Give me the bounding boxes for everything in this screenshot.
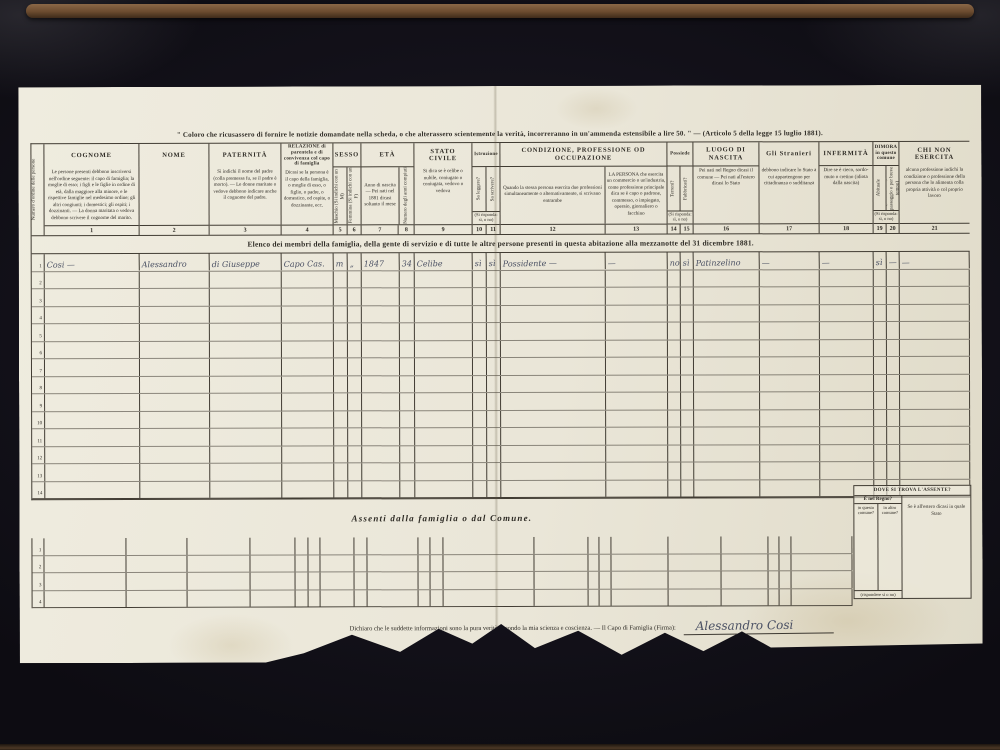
cell-leggere [418, 537, 431, 554]
cell-chi [900, 409, 970, 426]
cell-scrivere [487, 288, 501, 305]
cell-relazione [282, 481, 334, 498]
infermita-num: 18 [820, 223, 873, 233]
cell-leggere [473, 393, 487, 410]
cell-anno [321, 555, 354, 572]
istruzione-nota: (Si risponda: sì, o no) [473, 211, 500, 224]
cell-anni [400, 341, 415, 358]
cell-stato [415, 411, 473, 428]
cell-infermita: — [820, 252, 874, 269]
nome-desc [139, 168, 208, 225]
penalty-note: " Coloro che ricusassero di fornire le n… [32, 129, 967, 139]
paternita-num: 3 [210, 225, 281, 235]
cell-leggere [473, 463, 487, 480]
paternita-title: PATERNITÀ [209, 144, 280, 168]
cell-cond13 [606, 358, 668, 375]
cell-cond13 [606, 410, 668, 427]
cell-terreni [668, 445, 681, 462]
cell-chi [900, 357, 970, 374]
cell-cond13 [606, 463, 668, 480]
cell-dim_ab [874, 322, 887, 339]
cell-anno [362, 271, 400, 288]
cell-anno [362, 463, 400, 480]
cell-sesso_m [334, 323, 348, 340]
cell-infermita [721, 589, 768, 606]
cell-chi [900, 462, 970, 479]
cell-sesso_m [296, 590, 309, 607]
cell-cond12 [501, 393, 606, 410]
cell-relazione [282, 463, 334, 480]
cell-paternita [188, 555, 251, 572]
cell-terreni [668, 340, 681, 357]
cell-terreni [668, 358, 681, 375]
row-number: 1 [32, 538, 44, 555]
cell-relazione [282, 446, 334, 463]
cell-nome: Alessandro [140, 253, 210, 270]
cell-scrivere [431, 572, 444, 589]
cell-anni [400, 393, 415, 410]
possiede-num-t: 14 [668, 225, 681, 234]
cell-dim_acc [887, 287, 900, 304]
cell-dim_acc [887, 409, 900, 426]
cell-dim_ab [874, 392, 887, 409]
table-row: 1 [32, 536, 852, 556]
cell-relazione [282, 358, 334, 375]
cell-luogo [612, 589, 669, 606]
cell-terreni [668, 270, 681, 287]
cell-scrivere [487, 428, 501, 445]
col-group-dimora: DIMORA in questo comune Abituale (Accide… [873, 142, 899, 233]
cell-cond13 [606, 445, 668, 462]
cell-cognome [45, 464, 140, 481]
col-infermita: INFERMITÀ Dire se è cieco, sordo-muto o … [819, 142, 873, 233]
cell-stranieri [760, 357, 820, 374]
luogo-title: LUOGO DI NASCITA [693, 142, 758, 166]
col-paternita: PATERNITÀ Si indichi il nome del padre (… [209, 144, 281, 235]
cell-dim_acc [887, 444, 900, 461]
cell-leggere [473, 358, 487, 375]
cell-anni [400, 446, 415, 463]
cell-luogo [694, 322, 760, 339]
cell-anni [400, 428, 415, 445]
cell-dim_ab [874, 357, 887, 374]
cell-dim_ab [874, 444, 887, 461]
chi-desc: alcuna professione indichi la condizione… [899, 166, 969, 223]
cell-stranieri [760, 305, 820, 322]
cell-sesso_f [348, 481, 362, 498]
cell-cognome [45, 359, 140, 376]
cell-scrivere [487, 375, 501, 392]
cell-cognome [45, 376, 140, 393]
cell-cond13 [606, 428, 668, 445]
col-relazione: RELAZIONE di parentela e di convivenza c… [281, 143, 333, 234]
cell-stato [415, 428, 473, 445]
col-group-sesso: SESSO Maschio (Si indichi con un M) Femm… [333, 143, 361, 234]
row-number: 5 [32, 324, 45, 341]
cell-stranieri [760, 445, 820, 462]
cell-paternita [210, 359, 282, 376]
col-group-condizione: CONDIZIONE, PROFESSIONE OD OCCUPAZIONE Q… [500, 143, 667, 234]
cell-cond13 [534, 589, 588, 606]
cell-cognome [44, 555, 127, 572]
table-header: Numero d'ordine delle persone COGNOME Le… [31, 142, 969, 236]
cell-luogo [694, 287, 760, 304]
chi-num: 21 [900, 223, 970, 233]
cell-cognome [45, 446, 140, 463]
cell-infermita [721, 554, 768, 571]
col-group-eta: ETÀ Anno di nascita — Pei nati nel 1881 … [361, 143, 414, 234]
cell-cognome [44, 590, 127, 607]
cell-cond12 [501, 288, 606, 305]
cell-stato [415, 323, 473, 340]
cell-cond13 [534, 572, 588, 589]
cell-anni [400, 358, 415, 375]
cell-cond13 [606, 393, 668, 410]
possiede-terreni: Terreni? [667, 167, 680, 211]
cell-chi [900, 392, 970, 409]
cell-sesso_m [334, 393, 348, 410]
cell-paternita [210, 446, 282, 463]
cell-anni: 34 [400, 253, 415, 270]
cell-relazione [251, 590, 296, 607]
cell-stranieri [760, 322, 820, 339]
cell-sesso_m [334, 358, 348, 375]
row-number: 6 [32, 342, 45, 359]
cell-anno [362, 428, 400, 445]
cell-luogo [694, 462, 760, 479]
cell-sesso_f [348, 271, 362, 288]
cell-anno [362, 358, 400, 375]
cell-cond13 [606, 340, 668, 357]
row-number: 13 [32, 464, 45, 481]
cell-luogo [694, 392, 760, 409]
row-number: 2 [32, 556, 44, 573]
cell-luogo [694, 340, 760, 357]
cell-sesso_m [334, 481, 348, 498]
cell-anni [400, 306, 415, 323]
cell-dim_acc [887, 427, 900, 444]
table-row: 3 [33, 571, 853, 591]
cell-scrivere [431, 590, 444, 607]
cell-leggere [473, 306, 487, 323]
cell-relazione [282, 411, 334, 428]
cell-stato [415, 358, 473, 375]
cell-luogo [694, 445, 760, 462]
sesso-num-f: 6 [348, 225, 361, 234]
cell-chi [900, 444, 970, 461]
cell-cond13 [606, 305, 668, 322]
cell-chi [900, 304, 970, 321]
cell-anni [354, 537, 367, 554]
cell-terreni [668, 288, 681, 305]
cell-stranieri [760, 427, 820, 444]
cell-nome [140, 341, 210, 358]
istruzione-title: Istruzione [472, 143, 499, 167]
cell-infermita [721, 571, 768, 588]
cell-scrivere [487, 270, 501, 287]
cell-cognome [45, 394, 140, 411]
cell-leggere [418, 555, 431, 572]
cell-stranieri [760, 270, 820, 287]
sa-leggere: Sa leggere? [472, 167, 486, 211]
cell-sesso_f: „ [348, 253, 362, 270]
cell-chi [792, 589, 853, 606]
cell-stato [415, 306, 473, 323]
cell-scrivere [487, 445, 501, 462]
cell-stato: Celibe [415, 253, 473, 270]
cell-paternita [210, 376, 282, 393]
cell-nome [127, 538, 188, 555]
cell-luogo [612, 554, 669, 571]
cell-sesso_m [296, 555, 309, 572]
cell-fabbricati [681, 287, 694, 304]
cell-sesso_m [334, 376, 348, 393]
cell-terreni [668, 375, 681, 392]
cell-anni [400, 271, 415, 288]
cell-sesso_m [334, 341, 348, 358]
cell-relazione [282, 393, 334, 410]
cell-stato [415, 271, 473, 288]
dimora-nota: (Si risponda: sì, o no) [874, 210, 899, 223]
cell-nome [140, 411, 210, 428]
cell-sesso_f [348, 323, 362, 340]
cell-cognome [44, 573, 127, 590]
cell-nome [140, 306, 210, 323]
cell-dim_acc [887, 357, 900, 374]
cell-anni [400, 481, 415, 498]
possiede-nota: (Si risponda: sì, o no) [668, 211, 693, 224]
cell-chi [900, 374, 970, 391]
condizione-12: Quando la stessa persona esercita due pr… [500, 167, 605, 224]
istruzione-num-s: 11 [487, 225, 500, 234]
cell-fabbricati [681, 305, 694, 322]
cell-fabbricati [681, 445, 694, 462]
cell-cond12 [501, 358, 606, 375]
col-cognome: COGNOME Le persone presenti debbono insc… [44, 144, 139, 235]
cell-stranieri [760, 375, 820, 392]
cell-cond13 [606, 323, 668, 340]
cell-leggere [473, 428, 487, 445]
possiede-num-f: 15 [681, 224, 693, 233]
cell-fabbricati [681, 270, 694, 287]
cell-nome [140, 429, 210, 446]
condizione-title: CONDIZIONE, PROFESSIONE OD OCCUPAZIONE [500, 143, 666, 167]
dove-estero: Se è all'estero dicasi in quale Stato [902, 496, 970, 598]
cognome-num: 1 [45, 225, 139, 235]
cell-cond13: — [606, 252, 668, 269]
cell-dim_acc [887, 374, 900, 391]
assenti-title: Assenti dalla famiglia o dal Comune. [352, 513, 533, 523]
cell-terreni [668, 305, 681, 322]
possiede-fabbricati: Fabbricati? [680, 166, 693, 210]
row-number: 7 [32, 359, 45, 376]
stranieri-num: 17 [760, 223, 819, 233]
cell-scrivere [431, 555, 444, 572]
cell-scrivere [487, 358, 501, 375]
cell-anno [362, 288, 400, 305]
col-stato-civile: STATO CIVILE Si dica se è celibe o nubil… [414, 143, 472, 234]
cell-dim_ab [874, 339, 887, 356]
cell-anni [354, 555, 367, 572]
cell-chi [900, 427, 970, 444]
cell-anno [362, 323, 400, 340]
cell-fabbricati [681, 392, 694, 409]
cell-sesso_f [308, 537, 321, 554]
cell-sesso_f [348, 288, 362, 305]
condizione-num-13: 13 [606, 225, 667, 234]
cell-scrivere [487, 463, 501, 480]
cell-dim_ab [874, 427, 887, 444]
cell-cond12 [443, 589, 534, 606]
relazione-desc: Dicasi se la persona è il capo della fam… [281, 168, 332, 224]
cell-stranieri [760, 462, 820, 479]
cell-dim_ab [768, 571, 780, 588]
cell-paternita [210, 481, 282, 498]
cell-sesso_f [348, 341, 362, 358]
cell-stato [415, 393, 473, 410]
cell-stranieri [669, 536, 721, 553]
cell-dim_acc [887, 322, 900, 339]
cell-terreni [668, 393, 681, 410]
cell-stato [415, 481, 473, 498]
cell-cond12: Possidente — [501, 252, 606, 270]
chi-title: CHI NON ESERCITA [899, 142, 969, 166]
cell-dim_acc [887, 339, 900, 356]
cell-anno: 1847 [362, 253, 400, 270]
cell-infermita [820, 340, 874, 357]
cell-sesso_m [334, 411, 348, 428]
cell-fabbricati [681, 322, 694, 339]
cell-paternita [210, 271, 282, 288]
cell-fabbricati [681, 427, 694, 444]
cell-sesso_f [308, 555, 321, 572]
cell-infermita [820, 270, 874, 287]
cell-leggere [473, 271, 487, 288]
cell-paternita [188, 573, 251, 590]
row-number: 9 [32, 394, 45, 411]
cell-cognome [45, 289, 140, 306]
cell-cognome [45, 341, 140, 358]
cell-dim_ab [874, 269, 887, 286]
cell-nome [140, 464, 210, 481]
cell-chi [792, 536, 853, 553]
cell-scrivere [487, 323, 501, 340]
luogo-num: 16 [694, 223, 759, 233]
nome-title: NOME [139, 144, 208, 168]
cell-chi [900, 322, 970, 339]
stato-title: STATO CIVILE [414, 143, 471, 167]
cell-dim_acc [780, 536, 792, 553]
wooden-ruler [26, 4, 974, 18]
cell-cond13 [606, 480, 668, 497]
relazione-num: 4 [282, 224, 333, 234]
cell-cognome [45, 429, 140, 446]
cell-paternita [210, 464, 282, 481]
cell-dim_ab [874, 409, 887, 426]
cell-luogo [694, 375, 760, 392]
eta-num-anni: 8 [399, 225, 414, 234]
cell-luogo [612, 572, 669, 589]
cell-nome [140, 324, 210, 341]
col-stranieri: Gli Stranieri debbono indicare lo Stato … [759, 142, 819, 233]
cell-infermita [820, 445, 874, 462]
cell-scrivere [487, 410, 501, 427]
cell-infermita [820, 462, 874, 479]
cell-anni [400, 288, 415, 305]
condizione-13: LA PERSONA che esercita un commercio o u… [605, 167, 666, 224]
cell-relazione [282, 341, 334, 358]
sesso-femmina: Femmina (Si indichi con un F) [347, 167, 360, 224]
cell-fabbricati [600, 537, 612, 554]
cell-stranieri [760, 340, 820, 357]
cell-cognome [45, 411, 140, 428]
cell-stranieri [760, 410, 820, 427]
istruzione-num-l: 10 [473, 225, 487, 234]
cell-cond12 [501, 410, 606, 427]
table-row: 1Cosi —Alessandrodi GiuseppeCapo Cas.m„1… [32, 252, 970, 272]
row-number: 12 [32, 447, 45, 464]
cell-cond12 [501, 323, 606, 340]
cell-leggere [473, 341, 487, 358]
cell-scrivere [487, 305, 501, 322]
dimora-title: DIMORA in questo comune [873, 142, 898, 166]
cell-chi: — [900, 251, 970, 268]
cell-sesso_f [308, 572, 321, 589]
dove-questo-comune: in questo comune? [854, 504, 878, 590]
cell-anno [362, 446, 400, 463]
cell-cond12 [501, 445, 606, 462]
cell-infermita [820, 392, 874, 409]
cell-sesso_m [334, 288, 348, 305]
cell-scrivere [430, 537, 443, 554]
cell-stato [415, 446, 473, 463]
cell-cond12 [443, 572, 534, 589]
main-rows: 1Cosi —Alessandrodi GiuseppeCapo Cas.m„1… [32, 252, 971, 499]
cell-fabbricati [681, 375, 694, 392]
row-number: 8 [32, 377, 45, 394]
cell-stranieri [760, 392, 820, 409]
cell-stranieri [669, 589, 721, 606]
cell-chi [792, 571, 853, 588]
cell-terreni [668, 323, 681, 340]
cell-dim_acc [780, 589, 792, 606]
cell-infermita [721, 536, 768, 553]
cell-sesso_f [348, 446, 362, 463]
cell-dim_ab [768, 554, 780, 571]
table-bottom-edge [0, 744, 1000, 750]
cell-fabbricati [681, 340, 694, 357]
cell-sesso_m [334, 428, 348, 445]
photo-background: " Coloro che ricusassero di fornire le n… [0, 0, 1000, 750]
cognome-desc: Le persone presenti debbono inscriversi … [44, 168, 138, 225]
cell-terreni [588, 589, 600, 606]
cell-dim_ab: sì [874, 252, 887, 269]
col-group-istruzione: Istruzione Sa leggere? Sa scrivere? (Si … [472, 143, 500, 234]
cell-nome [140, 394, 210, 411]
cell-sesso_f [308, 590, 321, 607]
dimora-abituale: Abituale [873, 166, 886, 210]
cell-relazione [250, 538, 295, 555]
cell-stato [415, 288, 473, 305]
cell-infermita [820, 410, 874, 427]
cell-terreni [588, 572, 600, 589]
cell-paternita [210, 289, 282, 306]
col-nome: NOME 2 [139, 144, 209, 235]
cell-leggere [473, 288, 487, 305]
eta-num-anno: 7 [362, 225, 399, 234]
cell-stato [415, 463, 473, 480]
sesso-num-m: 5 [334, 225, 348, 234]
